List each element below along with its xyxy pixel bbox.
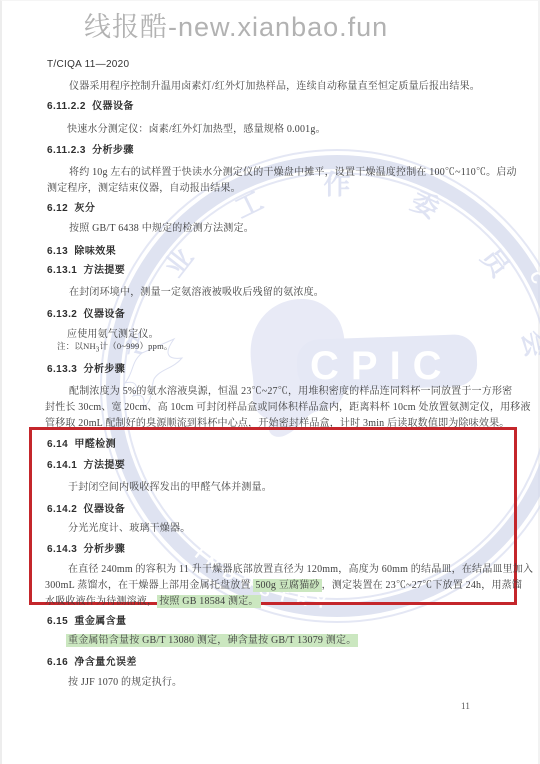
paragraph-line: 水吸收液作为待测溶液，按照 GB 18584 测定。 <box>45 592 261 607</box>
svg-text:员: 员 <box>475 243 516 284</box>
page-background: COMMITTEE INDUSTRY 产 业 工 作 委 员 会 CPIC 线报… <box>0 0 540 764</box>
section-heading-6-15: 6.15 重金属含量 <box>47 612 126 627</box>
svg-text:业: 业 <box>159 243 199 283</box>
paragraph-line: 重金属铅含量按 GB/T 13080 测定，砷含量按 GB/T 13079 测定… <box>66 631 358 646</box>
section-heading-6-14: 6.14 甲醛检测 <box>47 435 116 450</box>
paragraph-line: 在直径 240mm 的容积为 11 升干燥器底部放置直径为 120mm，高度为 … <box>68 560 533 575</box>
section-heading-6-13-3: 6.13.3 分析步骤 <box>47 360 125 375</box>
svg-text:会: 会 <box>516 328 540 361</box>
note-line: 注：以NH3计（0~999）ppm。 <box>57 340 173 354</box>
text-segment: 300mL 蒸馏水，在干燥器上部用金属托盘放置 <box>45 580 253 591</box>
paragraph-line: 快速水分测定仪：卤素/红外灯加热型，感量规格 0.001g。 <box>67 120 326 135</box>
section-heading-6-12: 6.12 灰分 <box>47 199 95 214</box>
document-number: T/CIQA 11—2020 <box>47 59 129 70</box>
section-heading-6-13-1: 6.13.1 方法提要 <box>47 261 125 276</box>
paragraph-line: 按 JJF 1070 的规定执行。 <box>68 673 182 688</box>
paragraph-line: 于封闭空间内吸收挥发出的甲醛气体并测量。 <box>68 478 272 493</box>
section-heading-6-14-2: 6.14.2 仪器设备 <box>47 500 125 515</box>
note-prefix: 注：以NH <box>57 341 96 351</box>
section-heading-6-14-1: 6.14.1 方法提要 <box>47 456 125 471</box>
section-heading-6-13-2: 6.13.2 仪器设备 <box>47 305 125 320</box>
paragraph-line: 300mL 蒸馏水，在干燥器上部用金属托盘放置 500g 豆腐猫砂，测定装置在 … <box>45 576 522 591</box>
paragraph-line: 分光光度计、玻璃干燥器。 <box>68 519 190 534</box>
green-highlighted-text: 重金属铅含量按 GB/T 13080 测定，砷含量按 GB/T 13079 测定… <box>66 634 358 647</box>
green-highlighted-text: 500g 豆腐猫砂 <box>253 579 321 592</box>
section-heading-6-11-2-2: 6.11.2.2 仪器设备 <box>47 97 134 112</box>
paragraph-line: 在封闭环境中，测量一定氨溶液被吸收后残留的氨浓度。 <box>69 283 324 298</box>
svg-text:委: 委 <box>406 186 443 225</box>
text-segment: 水吸收液作为待测溶液， <box>45 596 157 607</box>
paragraph-line: 将约 10g 左右的试样置于快读水分测定仪的干燥盘中摊平，设置干燥温度控制在 1… <box>69 163 517 178</box>
seal-ring-text-side: COMMITTEE <box>526 269 540 449</box>
paragraph-line: 配制浓度为 5%的氨水溶液臭源，恒温 23℃~27℃，用堆积密度的样品连同料杯一… <box>69 382 512 397</box>
paragraph-line: 仪器采用程序控制升温用卤素灯/红外灯加热样品，连续自动称量直至恒定质量后报出结果… <box>69 77 480 92</box>
paragraph-line: 按照 GB/T 6438 中规定的检测方法测定。 <box>69 219 254 234</box>
section-heading-6-16: 6.16 净含量允误差 <box>47 653 137 668</box>
section-heading-6-13: 6.13 除味效果 <box>47 242 116 257</box>
paragraph-line: 应使用氨气测定仪。 <box>67 325 159 340</box>
section-heading-6-11-2-3: 6.11.2.3 分析步骤 <box>47 141 134 156</box>
paragraph-line: 测定程序，测定结束仪器，自动报出结果。 <box>47 179 241 194</box>
text-segment: ，测定装置在 23℃~27℃下放置 24h，用蒸馏 <box>322 580 522 591</box>
section-heading-6-14-3: 6.14.3 分析步骤 <box>47 540 125 555</box>
note-suffix: 计（0~999）ppm。 <box>99 341 172 351</box>
document-page: { "top_watermark": { "text": "线报酷-new.xi… <box>0 0 540 764</box>
paragraph-line: 封性长 30cm、宽 20cm、高 10cm 可封闭样品盒或同体积样品盒内，距离… <box>45 398 531 413</box>
seal-arc-characters: 产 业 工 作 委 员 会 <box>122 170 540 360</box>
green-highlighted-text: 按照 GB 18584 测定。 <box>157 595 260 608</box>
page-number: 11 <box>461 701 470 711</box>
site-watermark-text: 线报酷-new.xianbao.fun <box>84 5 388 44</box>
